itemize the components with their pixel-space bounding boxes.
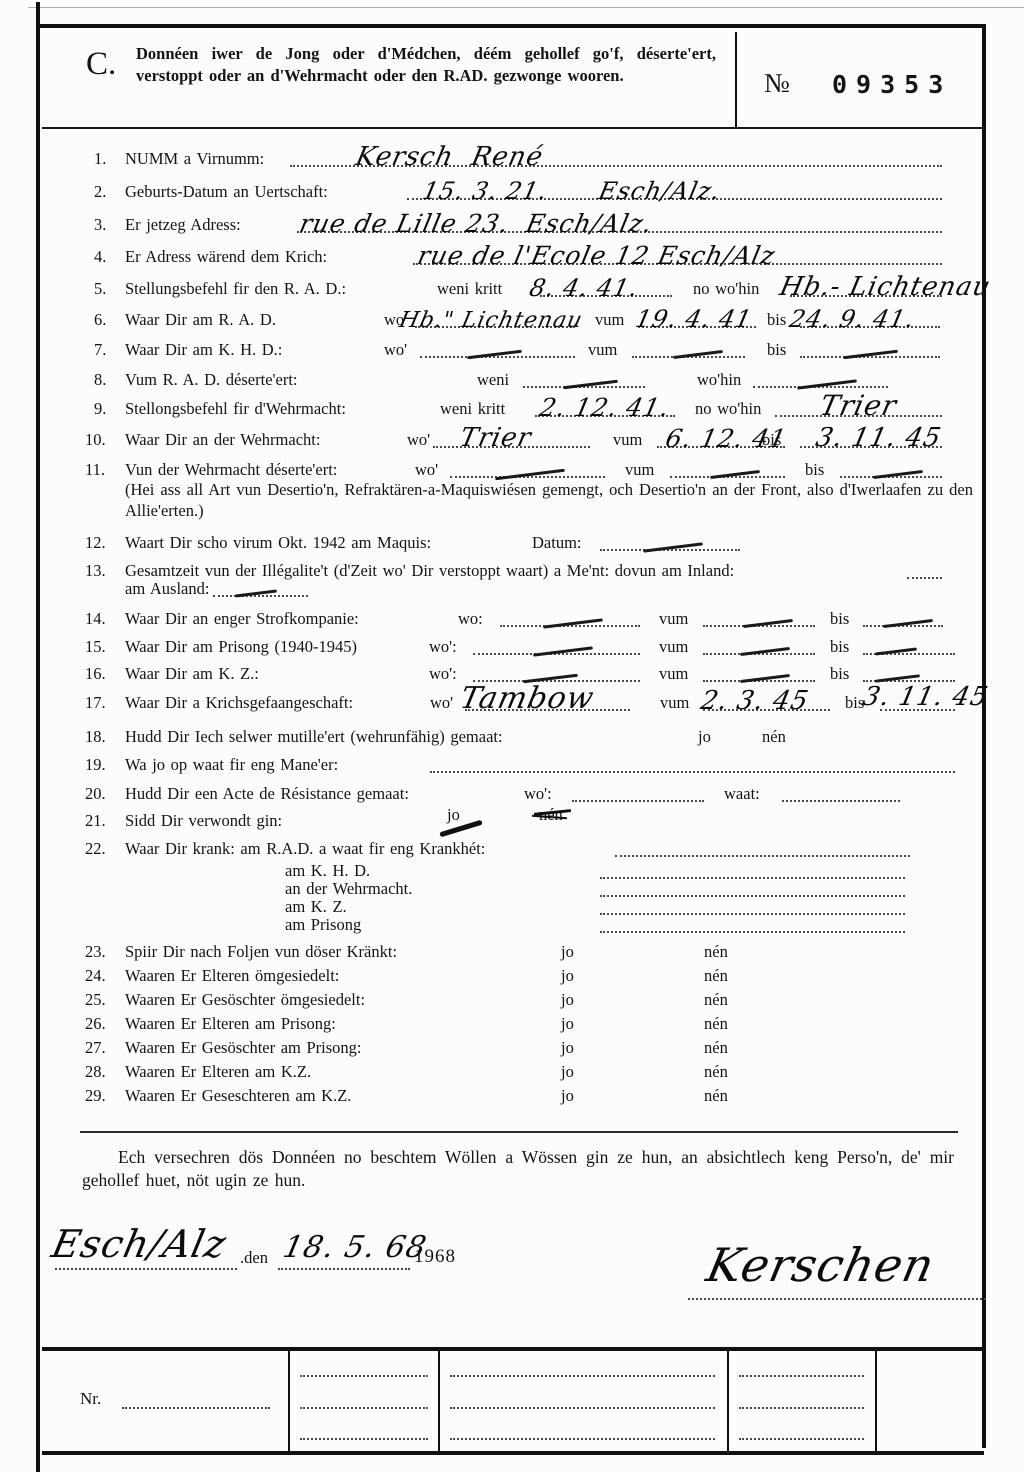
option-nen: nén xyxy=(704,1014,728,1034)
handwritten-to: 3. 11. 45 xyxy=(860,682,991,712)
item-label: NUMM a Virnumm: xyxy=(125,149,264,168)
field-label: vum xyxy=(659,664,688,684)
signature-dotted-line xyxy=(688,1298,986,1300)
field-label: vum xyxy=(595,310,624,330)
form-line-7: 7.Waar Dir am K. H. D.: wo' vum bis xyxy=(85,337,947,363)
field-label: no wo'hin xyxy=(693,279,759,299)
item-number: 22. xyxy=(85,839,125,859)
field-label: wo': xyxy=(429,637,457,657)
dotted-field xyxy=(615,855,910,857)
table-divider xyxy=(438,1351,440,1451)
item-number: 24. xyxy=(85,966,125,986)
item-number: 23. xyxy=(85,942,125,962)
item-label: Stellongsbefehl fir d'Wehrmacht: xyxy=(125,399,346,418)
den-label: .den xyxy=(240,1248,268,1268)
item-number: 21. xyxy=(85,811,125,831)
item-label: Hudd Dir Iech selwer mutille'ert (wehrun… xyxy=(125,727,503,746)
form-line-24: 24.Waaren Er Elteren ömgesiedelt: jo nén xyxy=(85,963,947,989)
form-line-4: 4.Er Adress wärend dem Krich: rue de l'E… xyxy=(85,244,947,270)
handwritten-place: Tambow xyxy=(457,681,597,716)
form-line-28: 28.Waaren Er Elteren am K.Z. jo nén xyxy=(85,1059,947,1085)
frame-left-border xyxy=(36,2,40,1472)
item-number: 29. xyxy=(85,1086,125,1106)
item-label: Waaren Er Elteren ömgesiedelt: xyxy=(125,966,339,985)
table-dotted-row xyxy=(739,1438,864,1440)
item-label: Waar Dir am K. H. D.: xyxy=(125,340,282,359)
handwritten-address: rue de Lille 23. Esch/Alz. xyxy=(297,209,655,238)
handwritten-place: Trier xyxy=(817,389,900,422)
form-line-26: 26.Waaren Er Elteren am Prisong: jo nén xyxy=(85,1011,947,1037)
handwritten-birth: 15. 3. 21. Esch/Alz. xyxy=(420,177,723,205)
option-nen: nén xyxy=(762,727,786,747)
form-line-3: 3.Er jetzeg Adress: rue de Lille 23. Esc… xyxy=(85,212,947,238)
handwritten-date: 8. 4. 41. xyxy=(527,274,641,302)
item-label: Waar Dir am Prisong (1940-1945) xyxy=(125,637,357,656)
form-line-6: 6.Waar Dir am R. A. D. wo' Hb." Lichtena… xyxy=(85,307,947,333)
handwritten-date: 2. 12. 41. xyxy=(537,393,672,422)
option-jo: jo xyxy=(561,1062,574,1082)
scanned-form-page: C. Donnéen iwer de Jong oder d'Médchen, … xyxy=(0,0,1024,1472)
dotted-field xyxy=(572,800,704,802)
option-jo: jo xyxy=(698,727,711,747)
item-number: 14. xyxy=(85,609,125,629)
handwritten-to: 3. 11. 45 xyxy=(813,423,944,453)
item-number: 2. xyxy=(85,182,125,202)
table-dotted-row xyxy=(300,1438,428,1440)
table-dotted-row xyxy=(300,1375,428,1377)
option-nen: nén xyxy=(704,1038,728,1058)
item-label: Er jetzeg Adress: xyxy=(125,215,241,234)
item-label: Waaren Er Gesöschter ömgesiedelt: xyxy=(125,990,365,1009)
year-label: 1968 xyxy=(414,1246,456,1268)
item-number: 12. xyxy=(85,533,125,553)
form-line-13b: am Ausland: xyxy=(85,576,947,602)
item-label: Waaren Er Elteren am Prisong: xyxy=(125,1014,336,1033)
item-label: Spiir Dir nach Foljen vun döser Kränkt: xyxy=(125,942,397,961)
item-label: Waar Dir an enger Strofkompanie: xyxy=(125,609,359,628)
pen-dash-mark xyxy=(643,542,703,552)
field-label: wo' xyxy=(407,430,430,450)
table-dotted-row xyxy=(450,1375,715,1377)
field-label: wo' xyxy=(384,340,407,360)
table-dotted-row xyxy=(739,1375,864,1377)
item-label: Waar Dir krank: am R.A.D. a waat fir eng… xyxy=(125,839,485,858)
form-line-8: 8.Vum R. A. D. déserte'ert: weni wo'hin xyxy=(85,367,947,393)
dotted-field xyxy=(800,356,940,358)
field-label: bis xyxy=(830,609,849,629)
form-line-25: 25.Waaren Er Gesöschter ömgesiedelt: jo … xyxy=(85,987,947,1013)
table-divider xyxy=(875,1351,877,1451)
field-label: weni kritt xyxy=(437,279,502,299)
table-dotted-row xyxy=(300,1407,428,1409)
number-sign: № xyxy=(764,68,790,99)
item-number: 17. xyxy=(85,693,125,713)
option-nen: nén xyxy=(704,1062,728,1082)
field-label: wo: xyxy=(458,609,483,629)
field-label: bis xyxy=(762,430,781,450)
item-number: 10. xyxy=(85,430,125,450)
header-divider xyxy=(735,32,737,127)
field-label: wo'hin xyxy=(697,370,741,390)
option-jo: jo xyxy=(561,990,574,1010)
item-number: 9. xyxy=(85,399,125,419)
header-section: C. Donnéen iwer de Jong oder d'Médchen, … xyxy=(42,28,984,129)
form-line-22-sub4: am Prisong xyxy=(85,912,947,938)
item-label: Vum R. A. D. déserte'ert: xyxy=(125,370,298,389)
dotted-field xyxy=(213,595,308,597)
handwritten-to: 24. 9. 41. xyxy=(787,305,917,333)
option-jo: jo xyxy=(561,1014,574,1034)
form-line-21: 21.Sidd Dir verwondt gin: jo nén xyxy=(85,808,947,834)
handwritten-place: Hb.- Lichtenau xyxy=(777,272,994,302)
field-label: bis xyxy=(830,637,849,657)
handwritten-date-signed: 18. 5. 68 xyxy=(280,1230,430,1265)
option-nen-struck: nén xyxy=(539,805,563,824)
option-nen: nén xyxy=(704,1086,728,1106)
item-number: 20. xyxy=(85,784,125,804)
option-jo: jo xyxy=(561,966,574,986)
footer-separator-line xyxy=(80,1131,958,1133)
item-number: 7. xyxy=(85,340,125,360)
field-label: am Ausland: xyxy=(125,579,209,599)
item-number: 5. xyxy=(85,279,125,299)
item-11-note: (Hei ass all Art vun Desertio'n, Refrakt… xyxy=(125,479,973,521)
field-label: vum xyxy=(659,637,688,657)
form-line-18: 18.Hudd Dir Iech selwer mutille'ert (weh… xyxy=(85,724,947,750)
frame-right-border xyxy=(982,24,986,1448)
handwritten-war-address: rue de l'Ecole 12 Esch/Alz xyxy=(415,241,778,270)
item-number: 26. xyxy=(85,1014,125,1034)
field-label: weni kritt xyxy=(440,399,505,419)
form-number: 09353 xyxy=(832,70,952,99)
item-label: Waar Dir am R. A. D. xyxy=(125,310,276,329)
item-label: Waar Dir an der Wehrmacht: xyxy=(125,430,320,449)
dotted-field xyxy=(430,771,955,773)
item-label: Waar Dir am K. Z.: xyxy=(125,664,259,683)
item-label: Waar Dir a Krichsgefaangeschaft: xyxy=(125,693,353,712)
field-label: bis xyxy=(805,460,824,480)
field-label: vum xyxy=(660,693,689,713)
header-description: Donnéen iwer de Jong oder d'Médchen, déé… xyxy=(136,43,716,87)
field-label: wo': xyxy=(524,784,552,804)
field-label: bis xyxy=(767,340,786,360)
field-label: no wo'hin xyxy=(695,399,761,419)
item-label: Vun der Wehrmacht déserte'ert: xyxy=(125,460,337,479)
item-label: Hudd Dir een Acte de Résistance gemaat: xyxy=(125,784,409,803)
item-label: Wa jo op waat fir eng Mane'er: xyxy=(125,755,338,774)
item-number: 27. xyxy=(85,1038,125,1058)
dotted-field xyxy=(600,931,905,933)
item-label: Er Adress wärend dem Krich: xyxy=(125,247,327,266)
field-label: vum xyxy=(625,460,654,480)
form-line-9: 9.Stellongsbefehl fir d'Wehrmacht: weni … xyxy=(85,396,947,422)
field-label: bis xyxy=(767,310,786,330)
form-line-2: 2.Geburts-Datum an Uertschaft: 15. 3. 21… xyxy=(85,179,947,205)
option-nen: nén xyxy=(704,942,728,962)
item-number: 16. xyxy=(85,664,125,684)
field-label: vum xyxy=(613,430,642,450)
form-line-10: 10.Waar Dir an der Wehrmacht: wo' Trier … xyxy=(85,427,947,453)
item-number: 3. xyxy=(85,215,125,235)
option-jo: jo xyxy=(561,1086,574,1106)
field-label: weni xyxy=(477,370,509,390)
field-label: bis xyxy=(830,664,849,684)
option-jo: jo xyxy=(561,942,574,962)
field-label: wo' xyxy=(415,460,438,480)
option-jo-marked: jo xyxy=(447,805,460,824)
handwritten-from: 2. 3. 45 xyxy=(698,686,812,716)
item-number: 11. xyxy=(85,460,125,480)
field-label: wo' xyxy=(430,693,453,713)
handwritten-place-signed: Esch/Alz xyxy=(48,1222,231,1266)
field-label: waat: xyxy=(724,784,760,804)
field-label: Datum: xyxy=(532,533,582,553)
handwritten-from: 19. 4. 41 xyxy=(633,305,755,333)
item-label: Stellungsbefehl fir den R. A. D.: xyxy=(125,279,346,298)
form-line-14: 14.Waar Dir an enger Strofkompanie: wo: … xyxy=(85,606,947,632)
option-jo: jo xyxy=(561,1038,574,1058)
form-line-17: 17.Waar Dir a Krichsgefaangeschaft: wo' … xyxy=(85,690,947,716)
handwritten-place: Hb." Lichtenau xyxy=(397,308,585,333)
option-nen: nén xyxy=(704,966,728,986)
handwritten-signature: Kerschen xyxy=(702,1238,940,1292)
form-line-27: 27.Waaren Er Gesöschter am Prisong: jo n… xyxy=(85,1035,947,1061)
table-divider xyxy=(288,1351,290,1451)
item-label: Waaren Er Geseschteren am K.Z. xyxy=(125,1086,351,1105)
item-label: Waaren Er Elteren am K.Z. xyxy=(125,1062,311,1081)
item-number: 1. xyxy=(85,149,125,169)
option-nen: nén xyxy=(704,990,728,1010)
form-line-15: 15.Waar Dir am Prisong (1940-1945) wo': … xyxy=(85,634,947,660)
pen-dash-mark xyxy=(543,618,603,628)
field-label: vum xyxy=(588,340,617,360)
table-dotted-row xyxy=(739,1407,864,1409)
table-dotted-row xyxy=(450,1407,715,1409)
pen-dash-mark xyxy=(533,646,593,656)
item-number: 28. xyxy=(85,1062,125,1082)
item-label: Waaren Er Gesöschter am Prisong: xyxy=(125,1038,362,1057)
dotted-field xyxy=(782,800,900,802)
field-label: vum xyxy=(659,609,688,629)
table-dotted-row xyxy=(450,1438,715,1440)
section-letter: C. xyxy=(86,46,116,83)
scan-artifact-line xyxy=(28,7,1024,8)
bottom-table xyxy=(42,1347,984,1455)
form-line-12: 12.Waart Dir scho virum Okt. 1942 am Maq… xyxy=(85,530,947,556)
date-dotted-line xyxy=(55,1268,237,1270)
form-line-19: 19.Wa jo op waat fir eng Mane'er: xyxy=(85,752,947,778)
form-line-20: 20.Hudd Dir een Acte de Résistance gemaa… xyxy=(85,781,947,807)
item-number: 18. xyxy=(85,727,125,747)
item-label: Geburts-Datum an Uertschaft: xyxy=(125,182,328,201)
item-number: 8. xyxy=(85,370,125,390)
date-dotted-line xyxy=(278,1268,410,1270)
dotted-field xyxy=(420,356,575,358)
form-line-29: 29.Waaren Er Geseschteren am K.Z. jo nén xyxy=(85,1083,947,1109)
item-number: 25. xyxy=(85,990,125,1010)
item-number: 4. xyxy=(85,247,125,267)
handwritten-place: Trier xyxy=(457,423,534,453)
item-number: 19. xyxy=(85,755,125,775)
item-number: 15. xyxy=(85,637,125,657)
form-line-1: 1.NUMM a Virnumm: Kersch René xyxy=(85,146,947,172)
form-line-23: 23.Spiir Dir nach Foljen vun döser Kränk… xyxy=(85,939,947,965)
item-label: Waart Dir scho virum Okt. 1942 am Maquis… xyxy=(125,533,431,552)
field-label: wo': xyxy=(429,664,457,684)
declaration-text: Ech versechren dös Donnéen no beschtem W… xyxy=(82,1146,954,1192)
sub-label: am Prisong xyxy=(285,915,361,935)
form-line-5: 5.Stellungsbefehl fir den R. A. D.: weni… xyxy=(85,276,947,302)
handwritten-name: Kersch René xyxy=(353,142,546,172)
item-label: Sidd Dir verwondt gin: xyxy=(125,811,282,830)
table-divider xyxy=(727,1351,729,1451)
item-number: 6. xyxy=(85,310,125,330)
